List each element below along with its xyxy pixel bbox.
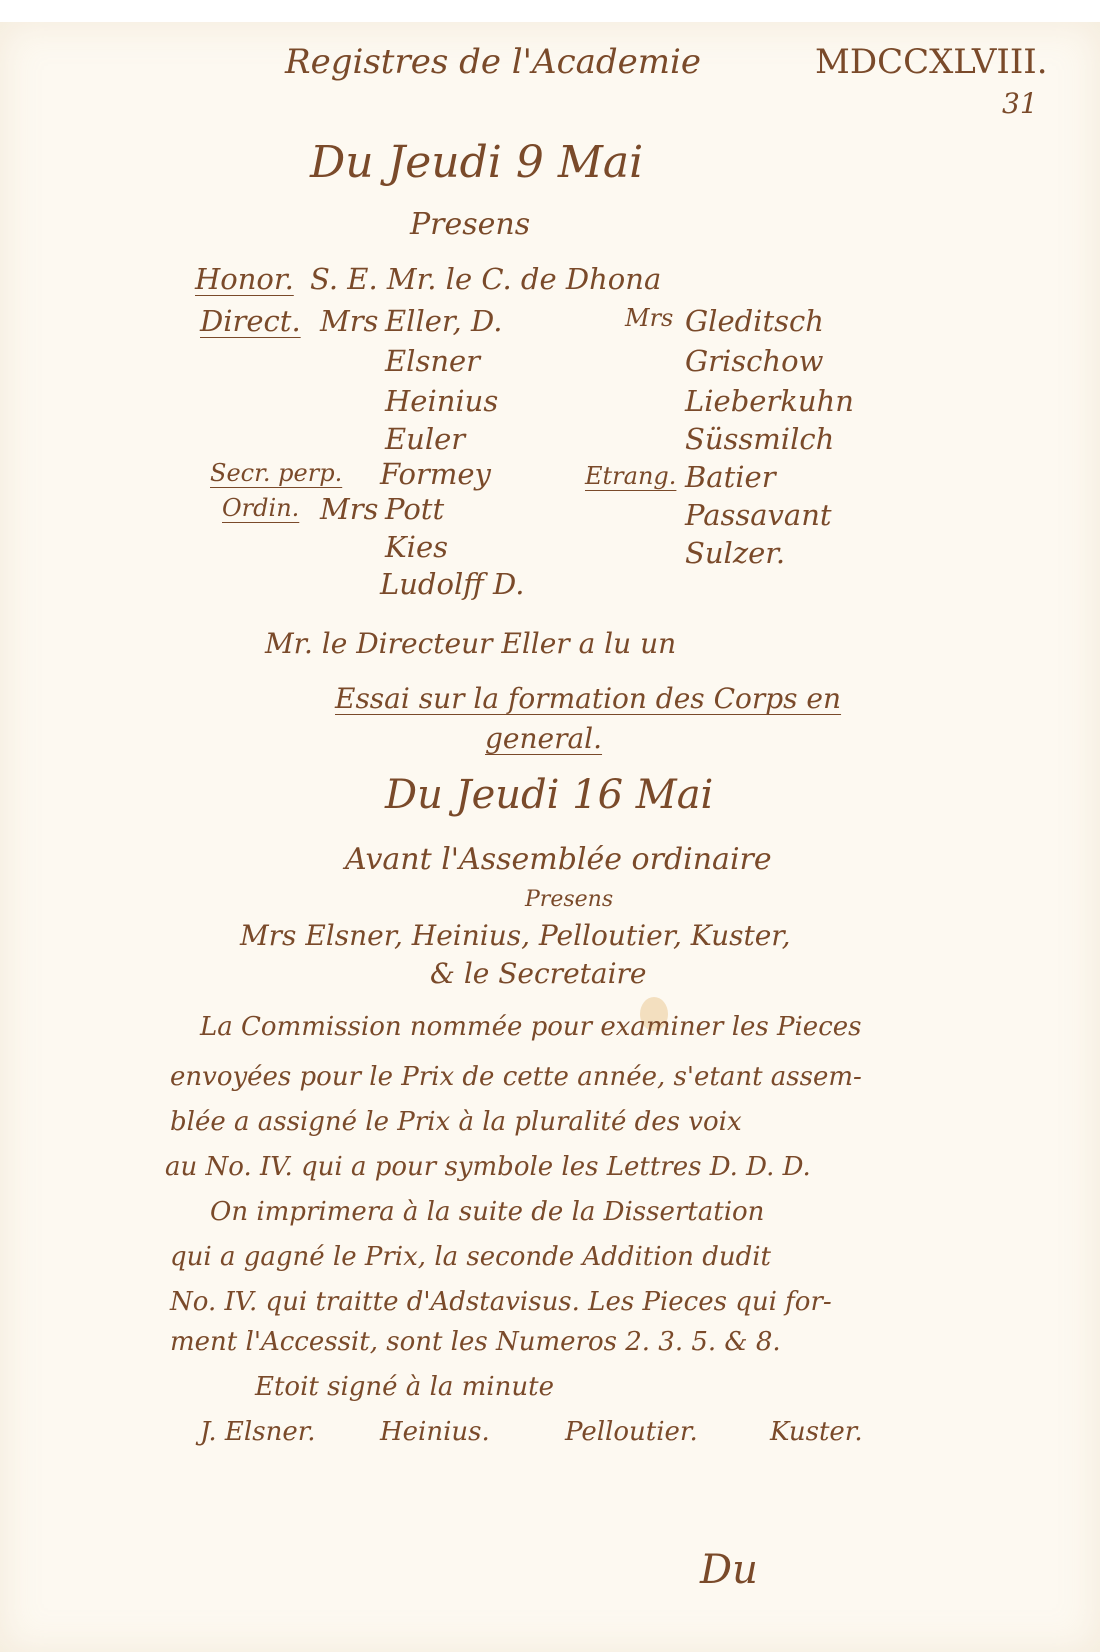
- secr-entry: Formey: [380, 457, 491, 491]
- folio-number: 31: [1002, 87, 1038, 120]
- member-name: Kies: [385, 530, 448, 564]
- session2-subheading: Avant l'Assemblée ordinaire: [345, 842, 772, 877]
- member-name: Passavant: [685, 498, 832, 532]
- session2-present-line2: & le Secretaire: [430, 957, 647, 990]
- member-name: Lieberkuhn: [685, 384, 854, 418]
- right-prefix: Mrs: [625, 304, 673, 332]
- session2-presens: Presens: [525, 887, 613, 912]
- ordin-prefix: Mrs: [320, 492, 378, 526]
- session2-present-line: Mrs Elsner, Heinius, Pelloutier, Kuster,: [240, 919, 791, 952]
- paragraph1-line: La Commission nommée pour examiner les P…: [200, 1012, 862, 1042]
- manuscript-page: Registres de l'Academie MDCCXLVIII. 31 D…: [0, 22, 1100, 1652]
- paragraph1-line: blée a assigné le Prix à la pluralité de…: [170, 1107, 742, 1137]
- paragraph1-line: envoyées pour le Prix de cette année, s'…: [170, 1062, 862, 1092]
- signature: Pelloutier.: [565, 1417, 698, 1447]
- paragraph1-line: au No. IV. qui a pour symbole les Lettre…: [165, 1152, 811, 1182]
- honor-entry: S. E. Mr. le C. de Dhona: [310, 262, 661, 296]
- paragraph2-line: No. IV. qui traitte d'Adstavisus. Les Pi…: [170, 1287, 832, 1317]
- signature: Heinius.: [380, 1417, 490, 1447]
- member-name: Batier: [685, 460, 776, 494]
- member-name: Grischow: [685, 344, 823, 378]
- session2-date-heading: Du Jeudi 16 Mai: [385, 772, 713, 818]
- member-name: Heinius: [385, 384, 498, 418]
- register-title: Registres de l'Academie: [285, 42, 701, 82]
- direct-prefix: Mrs: [320, 304, 378, 338]
- paragraph2-line: qui a gagné le Prix, la seconde Addition…: [170, 1242, 771, 1272]
- member-name: Elsner: [385, 344, 480, 378]
- paragraph2-line: On imprimera à la suite de la Dissertati…: [210, 1197, 764, 1227]
- catchword: Du: [700, 1547, 758, 1593]
- signed-line: Etoit signé à la minute: [255, 1372, 554, 1402]
- essay-title-line2: general.: [485, 722, 602, 755]
- year-numeral: MDCCXLVIII.: [815, 42, 1048, 82]
- member-name: Ludolff D.: [380, 567, 524, 601]
- essay-title-line1: Essai sur la formation des Corps en: [335, 682, 841, 715]
- direct-entry: Eller, D.: [385, 304, 502, 338]
- member-name: Süssmilch: [685, 422, 834, 456]
- signature: J. Elsner.: [200, 1417, 316, 1447]
- session1-presens: Presens: [410, 207, 530, 242]
- ordin-label: Ordin.: [222, 494, 299, 522]
- direct-label: Direct.: [200, 304, 301, 338]
- member-name: Gleditsch: [685, 304, 824, 338]
- session1-date-heading: Du Jeudi 9 Mai: [310, 137, 643, 188]
- ordin-entry: Pott: [385, 492, 444, 526]
- reading-line: Mr. le Directeur Eller a lu un: [265, 627, 676, 660]
- etrang-label: Etrang.: [585, 462, 676, 490]
- signature: Kuster.: [770, 1417, 863, 1447]
- secr-label: Secr. perp.: [210, 459, 342, 487]
- member-name: Sulzer.: [685, 536, 785, 570]
- paragraph2-line: ment l'Accessit, sont les Numeros 2. 3. …: [170, 1327, 781, 1357]
- honor-label: Honor.: [195, 262, 294, 296]
- member-name: Euler: [385, 422, 465, 456]
